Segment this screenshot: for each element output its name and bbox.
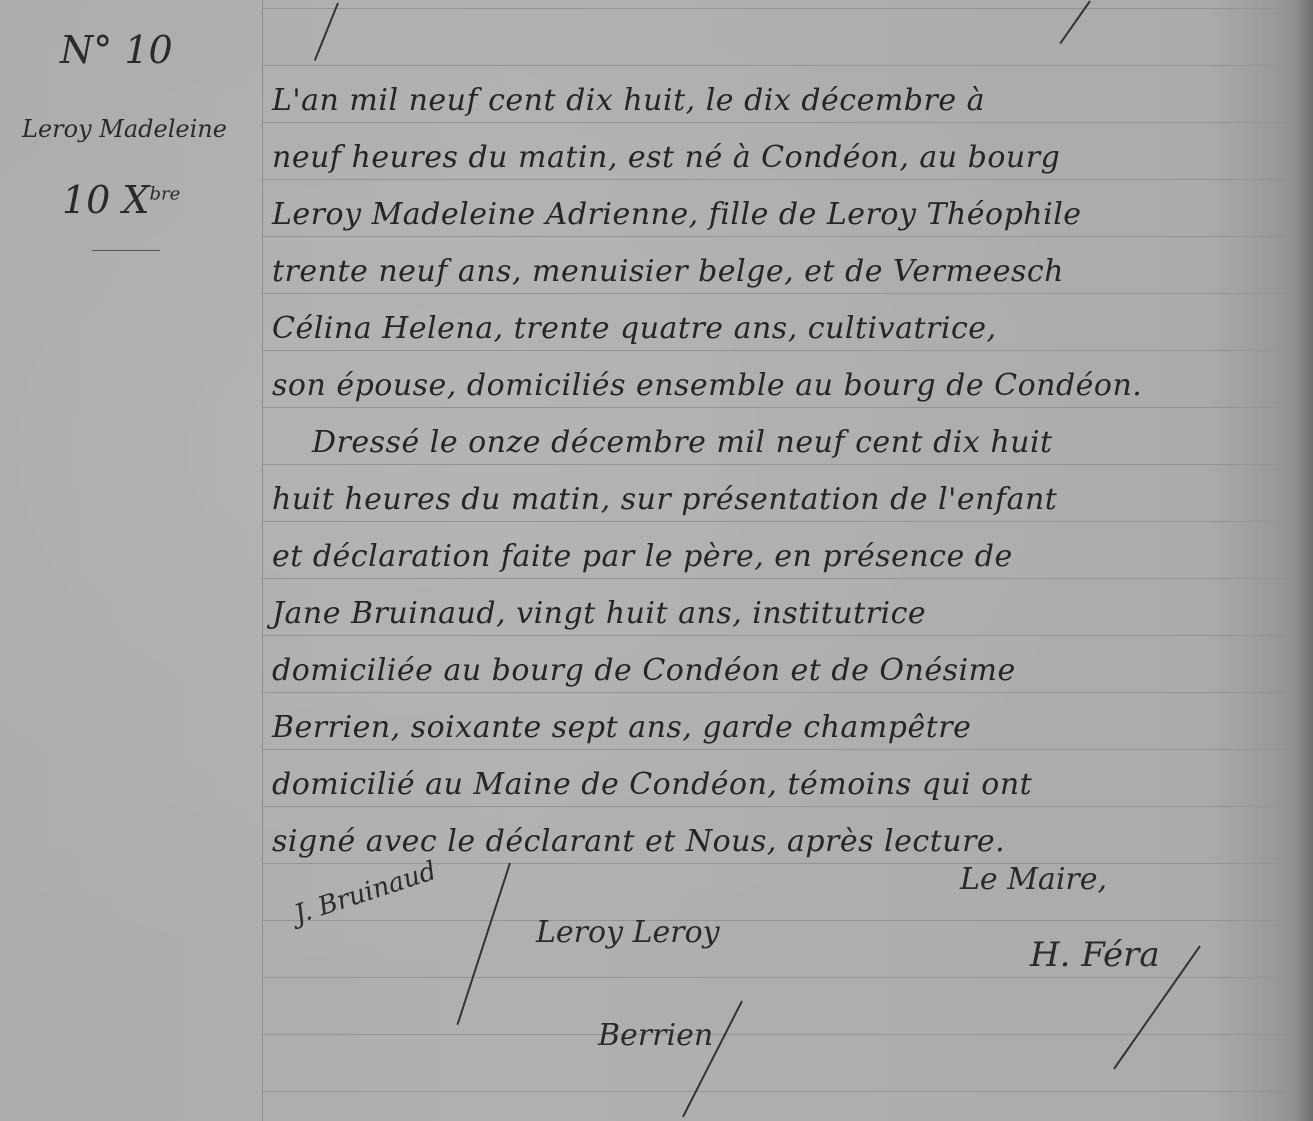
margin-child-name: Leroy Madeleine bbox=[22, 115, 227, 143]
signature-witness-berrien: Berrien bbox=[598, 1018, 713, 1053]
act-line: Célina Helena, trente quatre ans, cultiv… bbox=[272, 300, 1282, 357]
act-line: neuf heures du matin, est né à Condéon, … bbox=[272, 129, 1282, 186]
margin-date-main: 10 X bbox=[62, 178, 150, 222]
act-line: trente neuf ans, menuisier belge, et de … bbox=[272, 243, 1282, 300]
act-line: Berrien, soixante sept ans, garde champê… bbox=[272, 699, 1282, 756]
act-line: domicilié au Maine de Condéon, témoins q… bbox=[272, 756, 1282, 813]
act-line: Dressé le onze décembre mil neuf cent di… bbox=[272, 414, 1282, 471]
margin-rule-vertical bbox=[262, 0, 263, 1121]
act-line: et déclaration faite par le père, en pré… bbox=[272, 528, 1282, 585]
signature-declarant: Leroy Leroy bbox=[536, 915, 720, 950]
register-page: N° 10 Leroy Madeleine 10 Xbre L'an mil n… bbox=[0, 0, 1313, 1121]
act-text: L'an mil neuf cent dix huit, le dix déce… bbox=[272, 72, 1282, 870]
act-line: huit heures du matin, sur présentation d… bbox=[272, 471, 1282, 528]
act-line: domiciliée au bourg de Condéon et de Oné… bbox=[272, 642, 1282, 699]
act-line: L'an mil neuf cent dix huit, le dix déce… bbox=[272, 72, 1282, 129]
signature-mayor: H. Féra bbox=[1030, 935, 1160, 975]
act-line: Jane Bruinaud, vingt huit ans, institutr… bbox=[272, 585, 1282, 642]
ruled-line bbox=[262, 1034, 1295, 1035]
flourish-stroke bbox=[314, 3, 339, 61]
ruled-line bbox=[262, 1091, 1295, 1092]
act-line: son épouse, domiciliés ensemble au bourg… bbox=[272, 357, 1282, 414]
margin-date-superscript: bre bbox=[150, 183, 181, 204]
ruled-line bbox=[262, 977, 1295, 978]
margin-separator bbox=[92, 250, 160, 251]
record-number: N° 10 bbox=[60, 28, 173, 72]
mayor-title: Le Maire, bbox=[960, 862, 1107, 897]
act-line: Leroy Madeleine Adrienne, fille de Leroy… bbox=[272, 186, 1282, 243]
ruled-line bbox=[262, 8, 1295, 9]
ruled-line bbox=[262, 920, 1295, 921]
flourish-stroke bbox=[457, 863, 511, 1025]
flourish-stroke bbox=[1059, 0, 1090, 44]
margin-date: 10 Xbre bbox=[62, 178, 180, 222]
page-binding-shadow bbox=[1295, 0, 1313, 1121]
ruled-line bbox=[262, 65, 1295, 66]
